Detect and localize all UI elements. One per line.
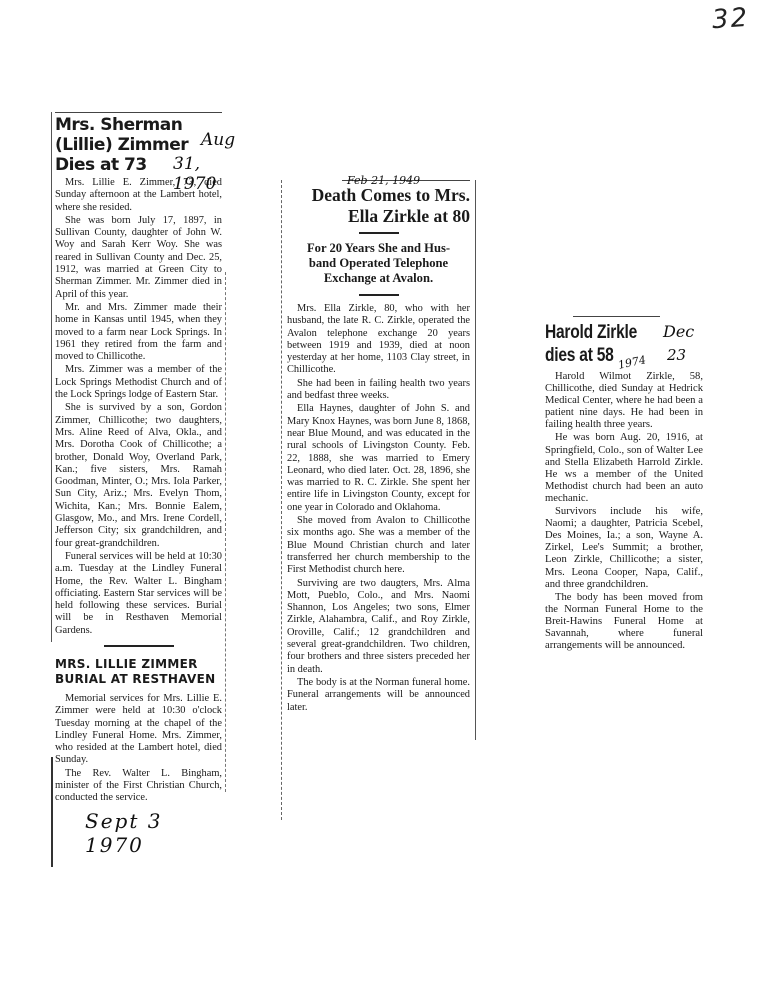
handwritten-page-number: 32	[711, 3, 750, 36]
handwritten-date: Feb 21, 1949	[347, 174, 420, 187]
rule	[55, 112, 222, 113]
column-border	[281, 180, 282, 820]
handwritten-date-day-year: 31, 1970	[173, 154, 222, 194]
handwritten-date: Sept 3 1970	[85, 809, 222, 857]
handwritten-date-month: Dec	[663, 322, 694, 341]
column-border	[51, 112, 52, 642]
clipping-harold-zirkle: Harold Zirkle dies at 58 Dec 23 1974 Har…	[545, 316, 703, 652]
clipping-ella-zirkle: Feb 21, 1949 Death Comes to Mrs. Ella Zi…	[287, 180, 470, 714]
divider	[359, 232, 399, 234]
column-border	[51, 757, 53, 867]
rule	[573, 316, 660, 317]
subheadline: For 20 Years She and Hus- band Operated …	[287, 241, 470, 286]
divider	[359, 294, 399, 296]
article-body: Mrs. Ella Zirkle, 80, who with her husba…	[287, 303, 470, 714]
article-body: Harold Wilmot Zirkle, 58, Chillicothe, d…	[545, 371, 703, 652]
handwritten-date-day: 23	[667, 346, 686, 364]
column-border	[225, 272, 226, 792]
handwritten-date-month: Aug	[201, 130, 235, 150]
followup-headline: MRS. LILLIE ZIMMER BURIAL AT RESTHAVEN	[55, 657, 222, 687]
article-body: Mrs. Lillie E. Zimmer, 73, died Sunday a…	[55, 177, 222, 637]
column-border	[475, 180, 476, 740]
followup-body: Memorial services for Mrs. Lillie E. Zim…	[55, 693, 222, 805]
headline: Harold Zirkle dies at 58	[545, 321, 675, 367]
divider	[104, 645, 174, 647]
clipping-lillie-zimmer: Mrs. Sherman (Lillie) Zimmer Dies at 73 …	[55, 112, 222, 857]
headline: Death Comes to Mrs. Ella Zirkle at 80	[287, 185, 470, 227]
